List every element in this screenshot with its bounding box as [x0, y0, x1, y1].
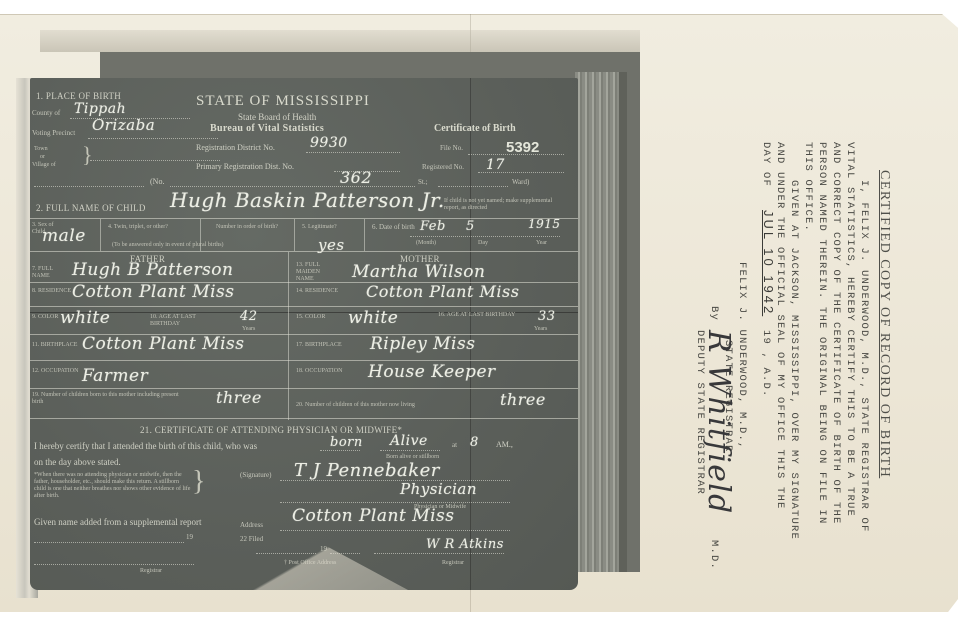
bureau-title: Bureau of Vital Statistics	[210, 124, 324, 134]
by-label: By	[708, 306, 720, 321]
children-born-value: three	[216, 390, 262, 406]
village-label: Village of	[32, 162, 56, 169]
alive-value: Alive	[390, 434, 428, 448]
dob-month: Feb	[420, 220, 446, 233]
day-of-suffix: 19 , A.D.	[760, 330, 772, 398]
birth-certificate-sheet: 1. PLACE OF BIRTH County of Tippah Votin…	[30, 78, 578, 590]
father-occupation-label: 12. OCCUPATION	[32, 368, 78, 375]
board-title: State Board of Health	[238, 113, 316, 122]
father-color-value: white	[60, 310, 110, 327]
county-label: County of	[32, 110, 60, 117]
ledger-page-edges	[575, 72, 627, 572]
reg-district-label: Registration District No.	[196, 144, 275, 152]
children-living-label: 20. Number of children of this mother no…	[296, 402, 415, 409]
registered-no-label: Registered No.	[422, 164, 464, 171]
certification-panel: CERTIFIED COPY OF RECORD OF BIRTH I, FEL…	[640, 30, 945, 605]
certification-line-3: AND CORRECT COPY OF THE CERTIFICATE OF B…	[830, 142, 842, 525]
at-label: at	[452, 442, 457, 449]
street-no-label: (No.	[150, 178, 164, 186]
father-color-label: 9. COLOR	[32, 314, 58, 321]
brace: }	[82, 144, 93, 166]
father-residence-label: 8. RESIDENCE	[32, 288, 71, 295]
time-value: 8	[470, 436, 479, 449]
registrar-label: Registrar	[442, 560, 464, 567]
year-caption: Year	[536, 240, 547, 247]
primary-reg-value: 362	[340, 170, 372, 186]
precinct-value: Orizaba	[92, 118, 155, 133]
father-occupation-value: Farmer	[82, 368, 148, 385]
file-no-value: 5392	[506, 140, 539, 155]
mother-residence-value: Cotton Plant Miss	[366, 284, 519, 300]
reg-district-value: 9930	[310, 136, 348, 150]
sex-value: male	[42, 228, 86, 245]
ampm-value: AM.,	[496, 441, 513, 449]
street-label: St.;	[418, 179, 428, 186]
father-name-value: Hugh B Patterson	[72, 262, 233, 279]
children-living-value: three	[500, 392, 546, 408]
physician-address: Cotton Plant Miss	[292, 508, 454, 525]
physician-signature: T J Pennebaker	[294, 462, 440, 480]
certification-line-7: AND UNDER THE OFFICIAL SEAL OF MY OFFICE…	[774, 142, 786, 510]
child-name-label: 2. FULL NAME OF CHILD	[36, 204, 146, 213]
mother-birthplace-value: Ripley Miss	[370, 336, 475, 353]
certification-line-5: THIS OFFICE.	[802, 142, 814, 232]
mother-name-label: 13. FULL MAIDEN NAME	[296, 262, 338, 283]
day-stated: on the day above stated.	[34, 458, 121, 467]
form-title: Certificate of Birth	[434, 124, 516, 134]
plural-note: (To be answered only in event of plural …	[112, 242, 224, 249]
stamped-date: JUL 10 1942	[761, 210, 776, 316]
mother-years-label: Years	[534, 326, 547, 333]
place-of-birth-label: 1. PLACE OF BIRTH	[36, 92, 121, 101]
mother-birthplace-label: 17. BIRTHPLACE	[296, 342, 342, 349]
dob-year: 1915	[528, 218, 561, 230]
deputy-md-suffix: M.D.	[708, 540, 720, 570]
mother-residence-label: 14. RESIDENCE	[296, 288, 338, 295]
day-of-prefix: DAY OF	[760, 142, 772, 187]
certify-text: I hereby certify that I attended the bir…	[34, 442, 257, 451]
file-no-label: File No.	[440, 145, 463, 152]
mother-age-value: 33	[538, 310, 556, 323]
not-named-note: If child is not yet named; make suppleme…	[444, 198, 564, 212]
order-label: Number in order of birth?	[216, 224, 286, 231]
physician-role-value: Physician	[400, 482, 477, 497]
mother-age-label: 16. AGE AT LAST BIRTHDAY	[438, 312, 522, 319]
month-caption: (Month)	[416, 240, 436, 247]
certification-line-2: VITAL STATISTICS, HEREBY CERTIFY THIS TO…	[844, 142, 856, 517]
or-label: or	[40, 154, 45, 161]
deputy-signature: R Whitfield	[701, 330, 736, 514]
state-title: STATE OF MISSISSIPPI	[196, 94, 370, 109]
registrar-label-left: Registrar	[140, 568, 162, 575]
born-value: born	[330, 436, 363, 449]
registered-no-value: 17	[486, 158, 505, 172]
father-birthplace-label: 11. BIRTHPLACE	[32, 342, 77, 349]
supp-year: 19	[186, 534, 193, 541]
father-age-label: 10. AGE AT LAST BIRTHDAY	[150, 314, 224, 328]
certification-line-4: PERSON NAMED THEREIN. THE ORIGINAL BEING…	[816, 142, 828, 525]
father-name-label: 7. FULL NAME	[32, 266, 62, 280]
registrar-signature: W R Atkins	[426, 538, 504, 551]
dob-day: 5	[466, 220, 475, 233]
father-age-value: 42	[240, 310, 258, 323]
father-residence-value: Cotton Plant Miss	[72, 284, 234, 301]
mother-occupation-value: House Keeper	[368, 364, 496, 381]
ward-label: Ward)	[512, 179, 529, 186]
registrar-name: FELIX J. UNDERWOOD, M.D.,	[736, 262, 748, 450]
certification-line-6: GIVEN AT JACKSON, MISSISSIPPI, OVER MY S…	[788, 180, 800, 540]
deputy-title: DEPUTY STATE REGISTRAR	[694, 330, 706, 495]
mother-name-value: Martha Wilson	[352, 264, 485, 281]
county-value: Tippah	[74, 102, 126, 116]
photo-top-shadow	[40, 30, 640, 52]
father-years-label: Years	[242, 326, 255, 333]
legit-label: 5. Legitimate?	[302, 224, 344, 231]
twin-label: 4. Twin, triplet, or other?	[108, 224, 178, 231]
certification-line-1: I, FELIX J. UNDERWOOD, M.D., STATE REGIS…	[858, 180, 870, 533]
signature-label: (Signature)	[240, 472, 272, 479]
mother-occupation-label: 18. OCCUPATION	[296, 368, 342, 375]
mother-color-label: 15. COLOR	[296, 314, 325, 321]
footnote: *When there was no attending physician o…	[34, 472, 192, 500]
town-label: Town	[34, 146, 48, 153]
precinct-label: Voting Precinct	[32, 130, 75, 137]
children-born-label: 19. Number of children born to this moth…	[32, 392, 182, 406]
mother-color-value: white	[348, 310, 398, 327]
certification-title: CERTIFIED COPY OF RECORD OF BIRTH	[876, 170, 892, 478]
father-birthplace-value: Cotton Plant Miss	[82, 336, 244, 353]
primary-reg-label: Primary Registration Dist. No.	[196, 163, 294, 171]
attending-title: 21. CERTIFICATE OF ATTENDING PHYSICIAN O…	[140, 426, 402, 435]
supplemental-label: Given name added from a supplemental rep…	[34, 518, 201, 527]
child-name-value: Hugh Baskin Patterson Jr.	[170, 190, 445, 210]
day-caption: Day	[478, 240, 488, 247]
